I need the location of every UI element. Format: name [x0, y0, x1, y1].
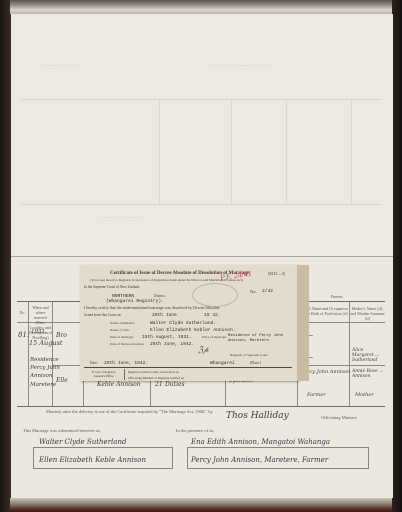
divorce-certificate: Certificate of Issue of Decree Absolute …: [80, 265, 298, 381]
issued-date: 29th June: [152, 313, 177, 318]
district-label: District.: [154, 294, 166, 298]
marriage-place: Residence of Percy John Annison, Mareter…: [228, 334, 288, 344]
minister-signature: Thos Halliday: [226, 411, 289, 421]
bleed-through-line: [21, 99, 381, 100]
no-value: 2/42: [262, 289, 273, 294]
entry-number: 81.: [18, 331, 29, 339]
entry-year: 1931.: [31, 329, 47, 335]
bleed-through-line: [21, 204, 381, 205]
bleed-through-text: .......... ..... ........: [41, 62, 79, 68]
wife-label: Name of wife:: [110, 328, 130, 332]
bleed-through-text: ......... .. ... ........ ..: [101, 214, 143, 220]
embossed-seal: [192, 283, 238, 307]
entry-place-line: Residence: [30, 357, 59, 363]
husband-label: Name of husband:: [110, 321, 135, 325]
witness-signature: Percy John Annison, Maretere, Farmer: [191, 456, 328, 464]
col-header-no: No.: [17, 310, 28, 315]
office-box-label: For use of Registrar-General's Office.: [86, 370, 122, 378]
entry-place-line: Annison: [30, 373, 53, 379]
married-footer-text: Married, after the delivery to me of the…: [46, 409, 213, 414]
registry: (Whangarei Registry).: [106, 299, 164, 304]
witness-signature: Ena Edith Annison, Mangatoi Wahanga: [191, 438, 330, 446]
parents-header: Parents.: [307, 294, 367, 299]
bleed-through-line: [351, 99, 352, 204]
col-header-mother: Mother's Name (if), and Maiden Surname (…: [350, 306, 385, 321]
no-label: No.: [250, 289, 257, 294]
dated-label: Date:: [90, 361, 98, 365]
place-value: Whangarei: [210, 361, 235, 366]
husband-name: Walter Clyde Sutherland.: [150, 321, 216, 326]
bleed-through-line: [159, 99, 160, 204]
dated-value: 29th June, 1942.: [104, 361, 148, 366]
book-edge-top: [10, 0, 392, 14]
book-spine-left: [0, 0, 11, 512]
registrar-signature: ℨ𝓅: [198, 345, 209, 355]
bleed-through-text: ........ ....... ........ ... ..... ....: [211, 62, 271, 68]
minister-label: Officiating Minister: [321, 415, 357, 420]
entry-place-line: Percy John: [30, 365, 60, 371]
bridegroom-name: Bro: [56, 332, 67, 339]
decree-label: Date of Decree Absolute:: [110, 342, 144, 346]
bleed-through-line: [231, 99, 232, 204]
office-line: Officiating Minister or Registrar notifi…: [128, 376, 184, 380]
marriage-date-label: Date of marriage:: [110, 335, 134, 339]
bride-name: Elle: [56, 377, 68, 384]
court-label: In the Supreme Court of New Zealand.: [84, 285, 140, 289]
marriage-place-label: Place of marriage:: [202, 335, 227, 339]
issued-year: 19 42.: [204, 313, 221, 318]
presence-label: In the presence of us,: [176, 428, 214, 433]
office-line: Registrar-General: entry was noticed on: [128, 370, 179, 374]
groom-signature: Walter Clyde Sutherland: [39, 438, 126, 446]
lower-page: No. When and where married (Date, Locali…: [11, 257, 393, 498]
certificate-folded-edge: [297, 265, 309, 381]
father-entry: Farmer: [307, 392, 326, 398]
bride-surname: Keble Annison: [97, 381, 141, 388]
bride-signature: Ellen Elizabeth Keble Annison: [39, 456, 146, 464]
entry-date: 15 August: [29, 339, 63, 347]
place-label: (Place.): [250, 361, 261, 365]
form-ref: (M.D.—3): [268, 271, 285, 276]
decree-date: 29th June, 1942.: [150, 342, 194, 347]
certify-text: I hereby certify that the undermentioned…: [84, 305, 220, 310]
upper-page: .......... ..... ........ ........ .....…: [11, 14, 393, 257]
book-edge-bottom: [10, 498, 392, 512]
solemnized-label: This Marriage was solemnized between us,: [23, 428, 101, 433]
entry-place-line: Maretere: [30, 382, 56, 388]
issued-label: issued from this Court on: [84, 313, 121, 317]
bride-age: 21: [155, 381, 163, 388]
marriage-date: 15th August, 1931.: [142, 335, 192, 340]
mother-entry: Mother: [355, 392, 374, 398]
mother-entry: Annie Rose ... Annison: [352, 369, 384, 379]
wife-name: Ellen Elizabeth Kebler Annison.: [150, 328, 235, 333]
bride-occupation: Duties: [165, 381, 185, 388]
mother-entry: Alice Margaret ... Sutherland: [352, 348, 384, 363]
registrar-label: Registrar of Supreme Court.: [230, 353, 268, 357]
bleed-through-line: [286, 99, 287, 204]
